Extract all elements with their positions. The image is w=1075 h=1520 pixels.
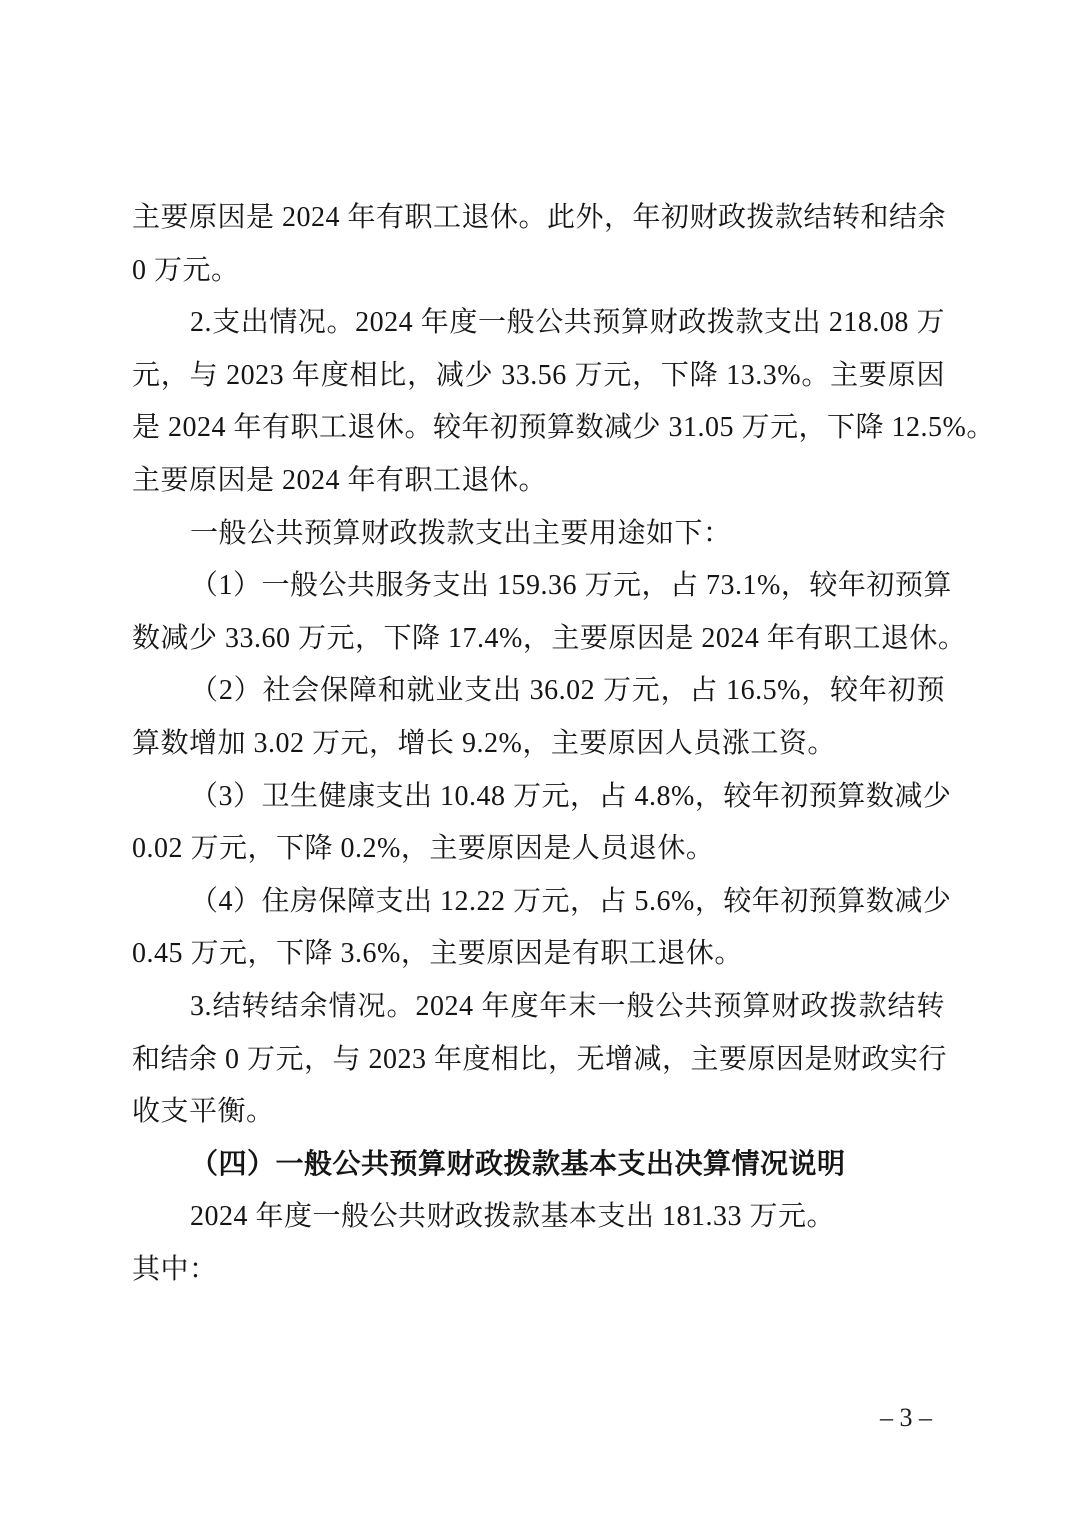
- text-line: （3）卫生健康支出 10.48 万元，占 4.8%，较年初预算数减少: [132, 771, 945, 824]
- document-page: 主要原因是 2024 年有职工退休。此外，年初财政拨款结转和结余 0 万元。 2…: [0, 0, 1075, 1520]
- text-line: 主要原因是 2024 年有职工退休。: [132, 455, 945, 508]
- page-number: – 3 –: [856, 1401, 956, 1435]
- text-line: 元，与 2023 年度相比，减少 33.56 万元，下降 13.3%。主要原因: [132, 350, 945, 403]
- text-line: 0 万元。: [132, 245, 945, 298]
- document-body: 主要原因是 2024 年有职工退休。此外，年初财政拨款结转和结余 0 万元。 2…: [132, 192, 945, 1296]
- text-line: 一般公共预算财政拨款支出主要用途如下：: [132, 508, 945, 561]
- text-line: （4）住房保障支出 12.22 万元，占 5.6%，较年初预算数减少: [132, 876, 945, 929]
- text-line: 算数增加 3.02 万元，增长 9.2%，主要原因人员涨工资。: [132, 718, 945, 771]
- text-line: 2.支出情况。2024 年度一般公共预算财政拨款支出 218.08 万: [132, 297, 945, 350]
- text-line: 2024 年度一般公共财政拨款基本支出 181.33 万元。: [132, 1191, 945, 1244]
- text-line: 主要原因是 2024 年有职工退休。此外，年初财政拨款结转和结余: [132, 192, 945, 245]
- text-line: 和结余 0 万元，与 2023 年度相比，无增减，主要原因是财政实行: [132, 1034, 945, 1087]
- text-line: （1）一般公共服务支出 159.36 万元，占 73.1%，较年初预算: [132, 560, 945, 613]
- text-line: 0.02 万元，下降 0.2%，主要原因是人员退休。: [132, 823, 945, 876]
- text-line: 其中：: [132, 1244, 945, 1297]
- text-line: 收支平衡。: [132, 1086, 945, 1139]
- text-line: （2）社会保障和就业支出 36.02 万元，占 16.5%，较年初预: [132, 665, 945, 718]
- text-line: 数减少 33.60 万元，下降 17.4%，主要原因是 2024 年有职工退休。: [132, 613, 945, 666]
- section-heading: （四）一般公共预算财政拨款基本支出决算情况说明: [132, 1139, 945, 1192]
- text-line: 3.结转结余情况。2024 年度年末一般公共预算财政拨款结转: [132, 981, 945, 1034]
- text-line: 0.45 万元，下降 3.6%，主要原因是有职工退休。: [132, 928, 945, 981]
- text-line: 是 2024 年有职工退休。较年初预算数减少 31.05 万元，下降 12.5%…: [132, 402, 945, 455]
